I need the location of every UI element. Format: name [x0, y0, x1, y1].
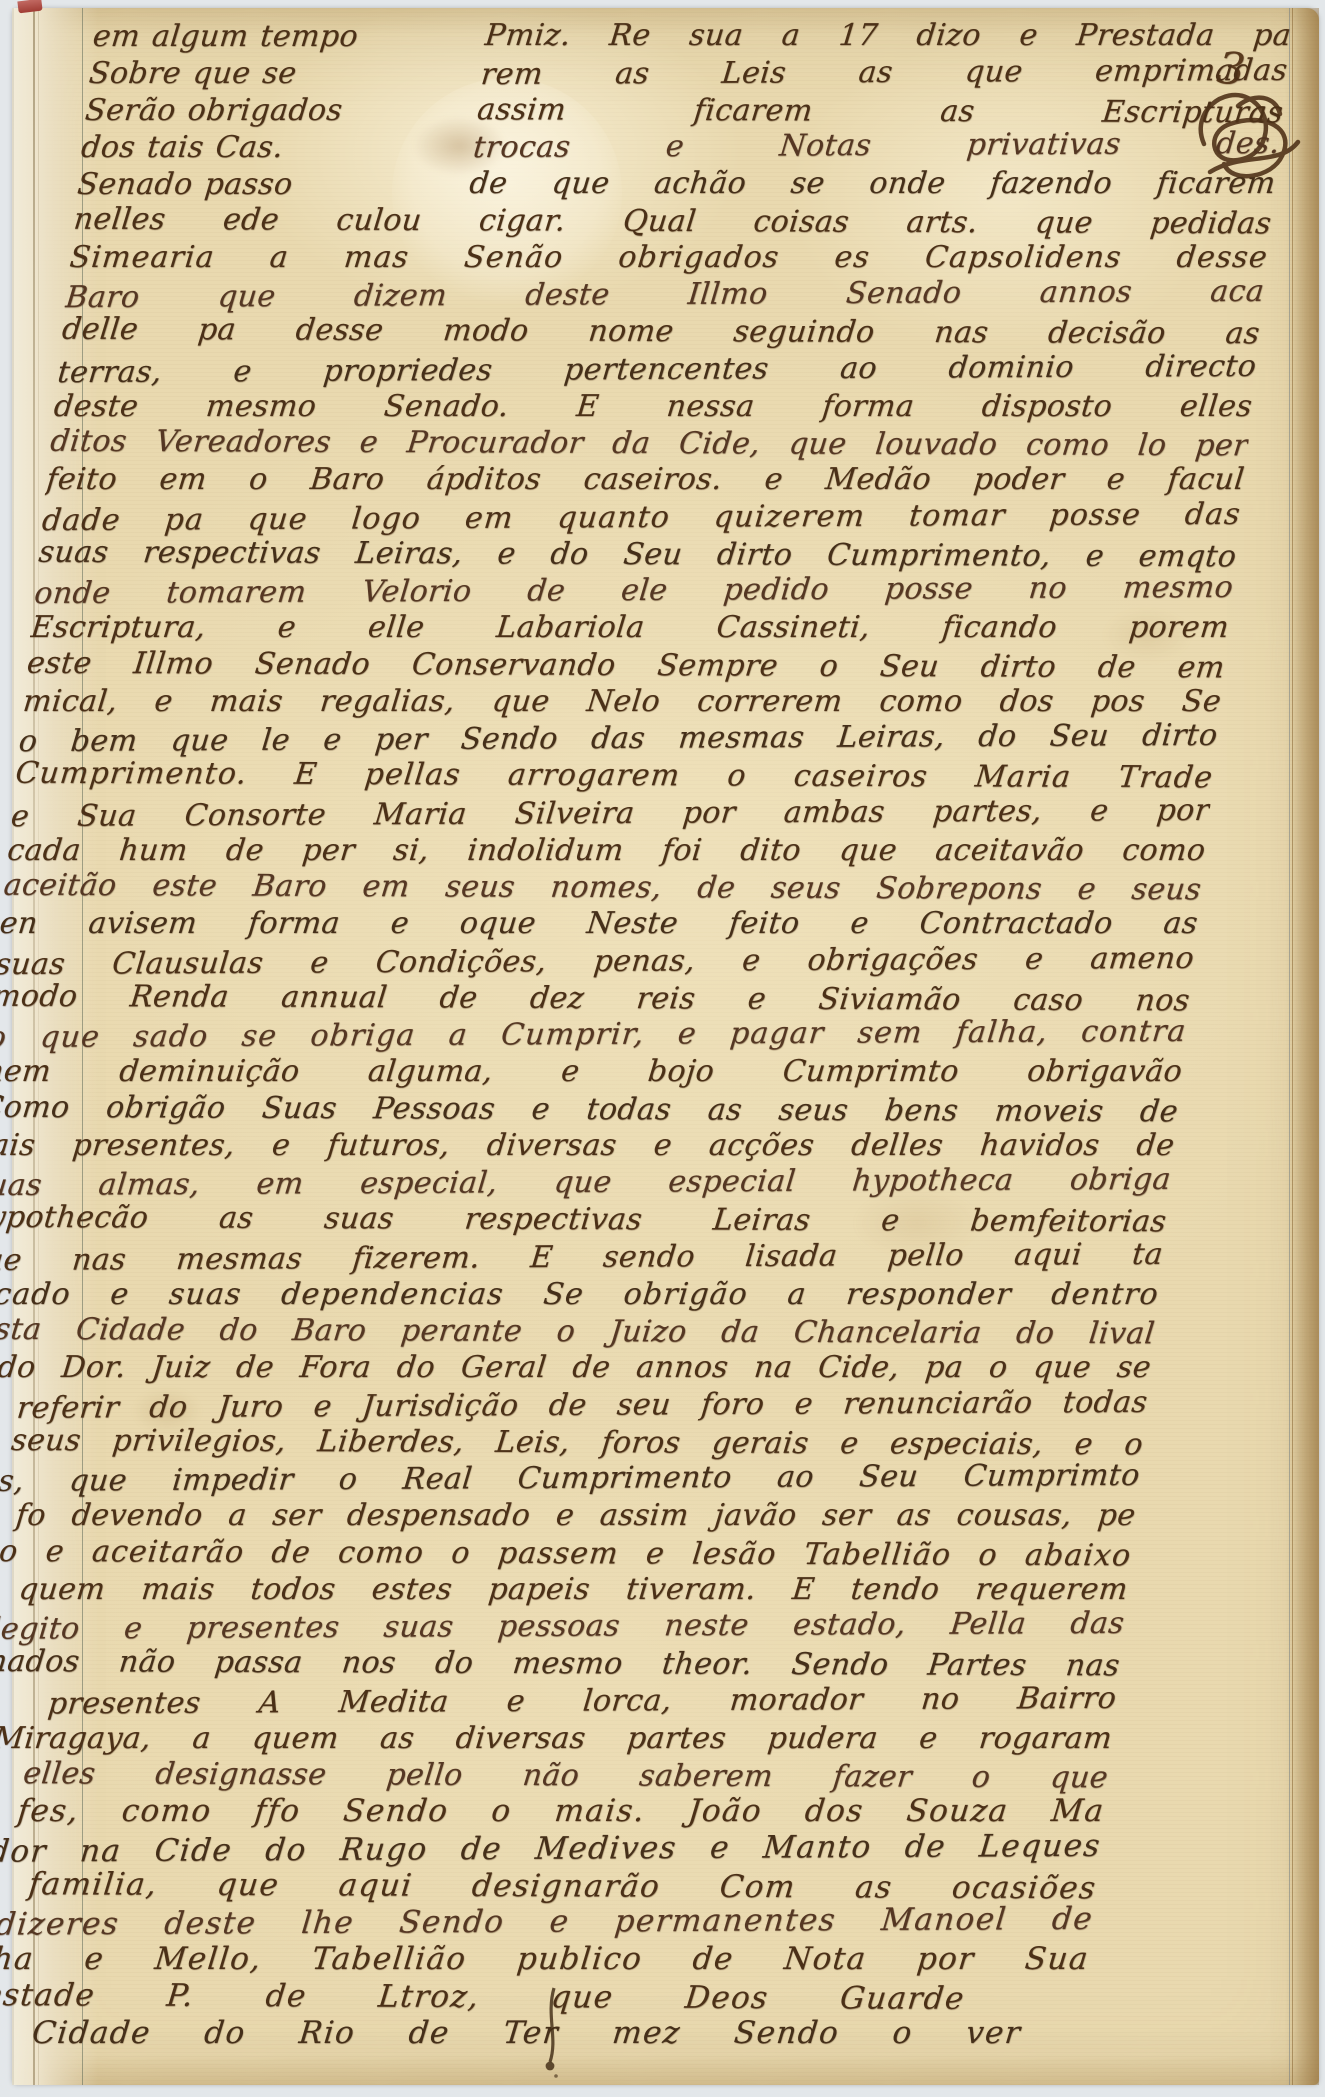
word: rais: [0, 1127, 37, 1164]
word: Medives: [533, 1830, 678, 1868]
word: E: [790, 1571, 816, 1608]
word: mais: [140, 1571, 217, 1608]
word: desse: [1175, 239, 1270, 276]
word: familia,: [27, 1866, 160, 1903]
word: de: [526, 572, 567, 609]
word: de: [696, 869, 738, 906]
word: as: [1224, 315, 1262, 352]
word: que: [838, 832, 899, 869]
manuscript-line: quenasmesmasfizerem.Esendolisadapelloaqu…: [0, 1236, 1165, 1279]
word: estado,: [791, 1606, 907, 1644]
word: Senado: [76, 166, 195, 203]
word: dos: [803, 1793, 866, 1830]
word: emprimadas: [1093, 52, 1289, 90]
word: fizerem.: [351, 1239, 482, 1277]
word: aceitarão: [90, 1533, 246, 1571]
word: do: [264, 1832, 309, 1869]
manuscript-line: dereferirdoJuroeJurisdiçãodeseuforoerenu…: [0, 1384, 1149, 1427]
word: lhe: [300, 1905, 356, 1942]
word: partes: [625, 1720, 728, 1757]
manuscript-line: Porfodevendoaserdespensadoeassimjavãoser…: [0, 1497, 1138, 1534]
word: a: [191, 1720, 213, 1757]
word: Juizo: [608, 1313, 689, 1350]
word: pessoas: [496, 1608, 622, 1646]
word: ser: [271, 1497, 324, 1534]
word: como: [878, 683, 965, 720]
word: do: [395, 1349, 437, 1386]
word: obrigavão: [1025, 1053, 1184, 1090]
word: as: [853, 1869, 894, 1906]
word: e: [676, 1015, 699, 1052]
word: este: [151, 867, 220, 904]
word: reis: [635, 980, 698, 1017]
manuscript-line: raispresentes,efuturos,diversaseacçõesde…: [0, 1127, 1176, 1164]
word: dos: [998, 683, 1056, 720]
word: mesmo: [204, 388, 318, 425]
word: que: [552, 1164, 613, 1201]
word: ambas: [782, 794, 887, 832]
word: em: [91, 18, 142, 55]
word: Se: [542, 1276, 586, 1313]
word: o: [247, 461, 269, 498]
word: o: [987, 1349, 1009, 1386]
word: cousas,: [955, 1497, 1074, 1534]
word: de: [547, 1387, 588, 1424]
word: pa: [163, 501, 206, 538]
word: pos: [1089, 683, 1147, 720]
word: presentes: [185, 1609, 341, 1647]
word: de: [903, 1829, 948, 1866]
word: e: [1088, 792, 1110, 829]
word: Souza: [905, 1793, 1011, 1830]
word: oque: [458, 905, 538, 942]
word: e: [763, 461, 785, 498]
word: nessa: [665, 388, 757, 425]
word: as: [1162, 905, 1200, 942]
word: sua: [687, 18, 745, 54]
word: sem: [856, 1014, 925, 1051]
word: e: [917, 1720, 939, 1757]
word: Illmo: [686, 275, 769, 312]
word: foros: [600, 1424, 683, 1461]
word: seu: [615, 1386, 672, 1423]
word: arts.: [905, 204, 980, 241]
word: especial,: [358, 1164, 499, 1202]
word: porem: [1127, 609, 1231, 646]
word: e: [122, 1610, 144, 1647]
manuscript-line: CunhaeMello,TabelliãopublicodeNotaporSua: [0, 1941, 1091, 1978]
word: delle: [60, 311, 140, 348]
word: logo: [350, 500, 423, 537]
word: deste: [163, 1905, 259, 1942]
word: Baro: [251, 868, 329, 905]
word: deminuição: [118, 1053, 302, 1090]
word: Geral: [459, 1349, 548, 1386]
word: javão: [713, 1497, 799, 1534]
word: feito: [45, 461, 119, 498]
word: sendo: [601, 1238, 696, 1275]
word: designasse: [154, 1756, 329, 1794]
word: ameno: [1089, 940, 1196, 978]
word: Cumprimento.: [14, 755, 250, 793]
word: o: [337, 1461, 359, 1498]
word: acções: [707, 1127, 816, 1164]
word: por: [681, 794, 738, 831]
word: mesmas: [175, 1240, 304, 1278]
word: deste: [52, 388, 140, 425]
word: regalias,: [318, 683, 457, 720]
word: mesmas: [677, 719, 806, 757]
word: dominio: [947, 349, 1076, 387]
word: em: [158, 461, 209, 498]
manuscript-line: porellesdesignassepellonãosaberemfazeroq…: [0, 1755, 1110, 1797]
word: Bairro: [1016, 1680, 1118, 1718]
word: pe: [1096, 1497, 1138, 1534]
word: perante: [399, 1312, 524, 1349]
word: da: [719, 1314, 761, 1351]
word: aqui: [1012, 1236, 1083, 1273]
word: caseiros: [792, 758, 930, 796]
word: Notas: [778, 127, 873, 164]
word: privativas: [965, 126, 1123, 164]
word: das: [590, 720, 647, 757]
word: a: [227, 1497, 249, 1534]
word: obrigados: [617, 239, 782, 276]
word: do: [433, 1645, 475, 1682]
word: Ma: [1049, 1793, 1106, 1830]
manuscript-page: 3 emalgumtempoSobrequeseSerãoobrigadosdo…: [12, 8, 1319, 2085]
word: nomes,: [549, 869, 664, 906]
word: E: [529, 1239, 555, 1276]
word: pedido: [722, 571, 831, 609]
word: privilegios,: [111, 1422, 289, 1460]
word: Qual: [621, 203, 698, 240]
word: seus: [444, 868, 517, 905]
word: Maria: [372, 796, 468, 833]
word: Deos: [683, 1980, 770, 2017]
word: Velorio: [360, 573, 473, 611]
word: nome: [587, 313, 676, 350]
word: achão: [652, 165, 748, 202]
word: foro: [699, 1386, 766, 1423]
word: mas: [342, 239, 411, 276]
word: dirão: [0, 1533, 20, 1570]
word: que: [0, 1242, 24, 1279]
word: que: [216, 278, 277, 315]
word: lesão: [690, 1536, 778, 1573]
word: hypotheca: [851, 1162, 1016, 1200]
word: Sendo: [459, 720, 560, 758]
manuscript-line: odoDor.JuizdeForadoGeraldeannosnaCide,pa…: [0, 1349, 1153, 1386]
word: bemfeitorias: [968, 1203, 1168, 1241]
word: dizeres: [0, 1906, 121, 1944]
word: cigar.: [477, 202, 567, 239]
word: Renda: [128, 978, 231, 1015]
word: o: [555, 1313, 577, 1350]
word: e: [270, 1127, 292, 1164]
manuscript-line: dellepadessemodonomeseguindonasdecisãoas: [60, 311, 1262, 353]
word: Partes: [926, 1647, 1029, 1684]
word: Fora: [298, 1349, 373, 1386]
word: Manoel: [879, 1901, 1008, 1939]
manuscript-line: moradornaCidedoRugodeMediveseMantodeLequ…: [0, 1828, 1103, 1871]
word: que: [215, 1867, 281, 1904]
word: permanentes: [613, 1902, 838, 1940]
word: ede: [221, 201, 281, 238]
word: Condições,: [374, 943, 548, 981]
word: lisada: [743, 1238, 839, 1275]
word: nelles: [72, 201, 168, 238]
manuscript-line: Senadopasso: [76, 166, 460, 203]
word: estes: [370, 1571, 454, 1608]
word: Senado.: [382, 388, 510, 425]
manuscript-line: ComoobrigãoSuasPessoasetodasasseusbensmo…: [0, 1089, 1180, 1131]
word: que: [787, 426, 848, 463]
word: se: [1115, 1349, 1153, 1386]
word: se: [240, 1018, 279, 1055]
word: passem: [496, 1535, 621, 1572]
word: que: [68, 1462, 129, 1499]
word: de: [571, 1349, 613, 1386]
word: si,: [391, 832, 431, 869]
word: le: [260, 722, 292, 759]
word: morador: [728, 1681, 865, 1719]
word: des.: [1214, 125, 1281, 162]
word: e: [322, 721, 344, 758]
manuscript-line: terras,epropriedespertencentesaodominiod…: [56, 348, 1258, 391]
word: propriedes: [322, 352, 495, 390]
word: indolidum: [466, 832, 626, 869]
word: hum: [117, 832, 189, 869]
word: per: [373, 721, 429, 758]
word: tiveram.: [624, 1571, 758, 1608]
word: e: [644, 1535, 667, 1572]
word: cada: [6, 832, 83, 869]
word: o: [449, 1535, 472, 1572]
word: no: [1027, 570, 1069, 607]
word: especial: [667, 1163, 798, 1201]
word: Como: [0, 1089, 72, 1126]
manuscript-line: susdizeresdestelheSendoepermanentesManoe…: [0, 1901, 1095, 1944]
word: Conservando: [410, 646, 618, 684]
word: Leiras,: [836, 718, 947, 756]
word: Pmiz.: [483, 18, 572, 54]
word: e: [530, 1091, 552, 1128]
word: disposto: [980, 388, 1114, 425]
manuscript-line: BaroquedizemdesteIllmoSenadoannosaca: [64, 273, 1266, 316]
word: modo: [441, 312, 530, 349]
word: e: [548, 1904, 571, 1941]
word: obrigão: [622, 1276, 750, 1313]
word: pedidas: [1148, 205, 1273, 242]
word: penas,: [592, 942, 697, 980]
word: Consorte: [183, 796, 328, 834]
word: de: [264, 1978, 309, 2015]
word: Capsolidens: [923, 239, 1123, 276]
manuscript-text: Pmiz.Resuaa17dizoePrestadaparemasLeisasq…: [0, 18, 1293, 2070]
word: terras,: [56, 354, 164, 392]
manuscript-line: estimadosnãopassanosdomesmotheor.SendoPa…: [0, 1643, 1122, 1685]
word: poder: [972, 461, 1066, 498]
word: e: [652, 1127, 674, 1164]
word: Senado: [844, 274, 963, 312]
word: Cidade: [30, 2015, 152, 2052]
word: mesmo: [1121, 569, 1235, 607]
word: de: [459, 1831, 504, 1868]
word: per: [1193, 427, 1250, 464]
word: de: [1096, 649, 1138, 686]
word: que: [550, 165, 611, 202]
word: Senado: [253, 646, 372, 683]
word: as: [857, 54, 895, 91]
word: correrem: [695, 683, 844, 720]
word: ficando: [940, 609, 1059, 646]
ink-blot: [532, 1986, 572, 2082]
word: de: [234, 1349, 276, 1386]
word: passa: [213, 1644, 305, 1681]
word: de: [224, 832, 266, 869]
word: Cassineti,: [715, 609, 872, 646]
word: abaixo: [1023, 1537, 1133, 1574]
word: pellas: [363, 756, 463, 793]
word: obrigações: [806, 941, 980, 979]
word: e: [276, 609, 298, 646]
manuscript-line: ditosVereadoreseProcuradordaCide,quelouv…: [49, 423, 1251, 465]
word: ta: [1130, 1236, 1164, 1273]
word: suas: [167, 1276, 243, 1313]
word: algum: [150, 18, 250, 55]
manuscript-line: esteIllmoSenadoConservandoSempreoSeudirt…: [25, 645, 1227, 687]
word: A: [257, 1684, 283, 1721]
word: dizo: [915, 18, 983, 54]
word: feito: [727, 905, 801, 942]
word: Com: [718, 1869, 798, 1906]
word: pa: [196, 311, 238, 348]
word: saberem: [637, 1757, 775, 1795]
word: seus: [9, 1422, 82, 1459]
word: e: [1076, 871, 1098, 908]
word: como: [1121, 832, 1208, 869]
word: quem: [250, 1720, 340, 1757]
word: Cide,: [677, 425, 762, 462]
word: Baro: [290, 1312, 368, 1349]
word: Senão: [462, 239, 565, 276]
word: as: [378, 1720, 416, 1757]
word: neste: [663, 1607, 751, 1644]
word: quanto: [556, 499, 672, 537]
word: Serão: [83, 92, 177, 129]
word: e: [505, 1683, 527, 1720]
word: ser: [820, 1497, 873, 1534]
word: e: [741, 942, 763, 979]
word: de: [1138, 1093, 1180, 1130]
word: este: [25, 645, 94, 682]
word: que: [490, 683, 551, 720]
word: devendo: [70, 1497, 205, 1534]
word: gerais: [710, 1425, 811, 1462]
word: directo: [1144, 348, 1258, 386]
word: Siviamão: [817, 981, 963, 1019]
word: Nelo: [585, 683, 662, 720]
word: Tabellião: [802, 1536, 953, 1574]
word: presentes,: [71, 1127, 237, 1164]
word: suas: [382, 1608, 455, 1645]
word: onde: [33, 575, 113, 612]
manuscript-line: dadepaquelogoemquantoquizeremtomarpossed…: [40, 496, 1242, 539]
word: decisão: [1046, 314, 1167, 351]
word: fazendo: [988, 165, 1114, 202]
word: e: [496, 535, 518, 572]
manuscript-line: ificadoesuasdependenciasSeobrigãoarespon…: [0, 1276, 1161, 1313]
word: como: [120, 1793, 214, 1830]
word: Trade: [1116, 759, 1215, 796]
word: nas: [70, 1241, 128, 1278]
word: sado: [132, 1018, 211, 1055]
word: o: [891, 2015, 915, 2052]
word: pagar: [728, 1015, 826, 1052]
word: Cumprimto: [781, 1053, 961, 1090]
word: na: [78, 1833, 123, 1870]
word: pa: [923, 1349, 965, 1386]
word: despensado: [345, 1497, 532, 1534]
word: por: [915, 1941, 976, 1978]
word: Mello,: [153, 1941, 264, 1978]
word: tomarem: [165, 574, 309, 612]
word: Ltroz,: [376, 1979, 481, 2016]
word: Cumprimento,: [825, 537, 1053, 575]
manuscript-line: obemqueleeperSendodasmesmasLeiras,doSeud…: [17, 717, 1219, 760]
word: designarão: [470, 1868, 662, 1906]
word: mesmo: [511, 1645, 625, 1682]
word: es: [833, 239, 872, 276]
word: Real: [401, 1460, 474, 1497]
word: Cidade: [74, 1311, 187, 1348]
word: contra: [1080, 1013, 1189, 1051]
word: que: [1048, 1759, 1109, 1796]
word: rem: [479, 56, 544, 93]
word: falha,: [954, 1014, 1050, 1051]
word: as: [217, 1200, 255, 1237]
word: como: [1024, 426, 1111, 463]
word: Procurador: [405, 424, 586, 462]
word: de: [468, 165, 510, 202]
word: Sua: [1023, 1941, 1091, 1978]
word: Leiras: [711, 1202, 812, 1239]
manuscript-line: deMiragaya,aquemasdiversaspartespuderaer…: [0, 1720, 1114, 1757]
word: do: [0, 1349, 38, 1386]
manuscript-line: nemdeminuiçãoalguma,ebojoCumprimtoobriga…: [0, 1053, 1184, 1090]
word: todas: [585, 1091, 674, 1128]
word: fes,: [16, 1793, 81, 1830]
word: P.: [165, 1978, 196, 2015]
right-margin-rule: [1289, 8, 1290, 2085]
word: do: [148, 1389, 190, 1426]
manuscript-line: cadahumdepersi,indolidumfoiditoqueaceita…: [6, 832, 1208, 869]
word: obriga: [1068, 1161, 1172, 1199]
manuscript-line: hypothecãoassuasrespectivasLeirasebemfei…: [0, 1199, 1168, 1241]
word: mais: [208, 683, 285, 720]
word: foi: [660, 832, 704, 869]
word: ver: [964, 2015, 1023, 2052]
word: e: [879, 1202, 901, 1239]
word: fazer: [831, 1758, 914, 1795]
word: em: [1176, 649, 1227, 686]
word: elles: [1178, 388, 1254, 425]
word: de: [270, 1534, 313, 1571]
manuscript-line: aceitãoesteBaroemseusnomes,deseusSobrepo…: [2, 867, 1204, 909]
word: Manto: [761, 1829, 873, 1867]
word: Cumprimento: [516, 1459, 734, 1497]
